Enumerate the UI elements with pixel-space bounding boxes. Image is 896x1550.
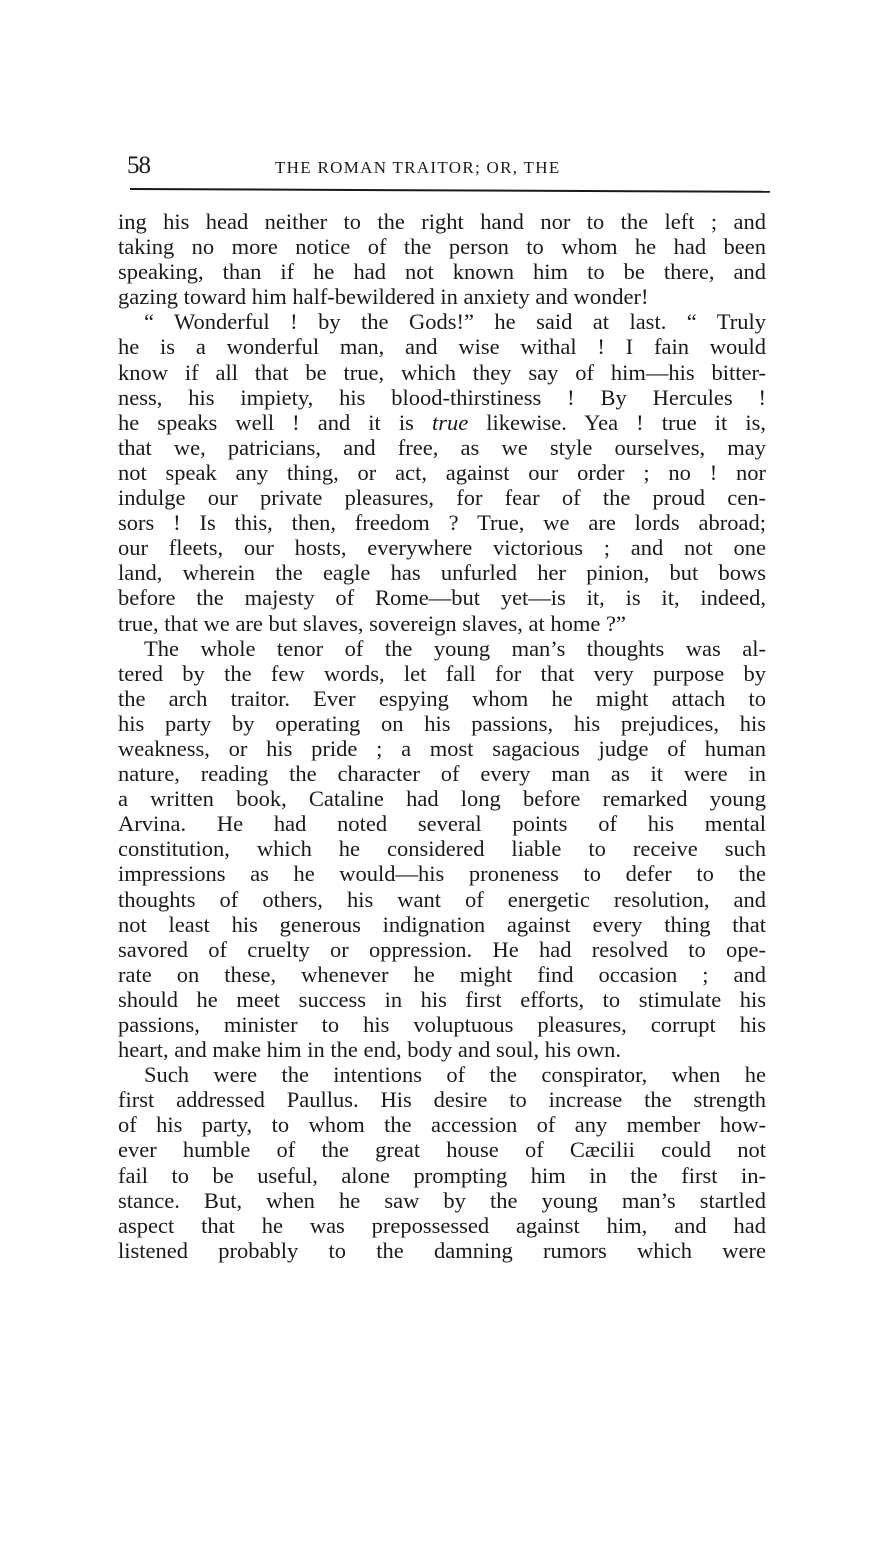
italic-word: true (432, 410, 468, 435)
text-line: Such were the intentions of the conspira… (118, 1062, 766, 1087)
text-line: gazing toward him half-bewildered in anx… (118, 284, 766, 309)
text-line: thoughts of others, his want of energeti… (118, 887, 766, 912)
text-line: ness, his impiety, his blood-thirstiness… (118, 385, 766, 410)
text-line: of his party, to whom the accession of a… (118, 1112, 766, 1137)
text-line: ing his head neither to the right hand n… (118, 209, 766, 234)
text-line: should he meet success in his first effo… (118, 987, 766, 1012)
text-line: weakness, or his pride ; a most sagaciou… (118, 736, 766, 761)
text-line: tered by the few words, let fall for tha… (118, 661, 766, 686)
page-number: 58 (127, 152, 150, 180)
text-line: savored of cruelty or oppression. He had… (118, 937, 766, 962)
text-line: our fleets, our hosts, everywhere victor… (118, 535, 766, 560)
text-line: The whole tenor of the young man’s thoug… (118, 636, 766, 661)
text-line: passions, minister to his voluptuous ple… (118, 1012, 766, 1037)
body-text: ing his head neither to the right hand n… (118, 209, 766, 1263)
text-line: Arvina. He had noted several points of h… (118, 811, 766, 836)
text-line: not least his generous indignation again… (118, 912, 766, 937)
running-head: 58 THE ROMAN TRAITOR; OR, THE (127, 152, 767, 180)
text-line: his party by operating on his passions, … (118, 711, 766, 736)
text-line: land, wherein the eagle has unfurled her… (118, 560, 766, 585)
text-line: ever humble of the great house of Cæcili… (118, 1137, 766, 1162)
paragraph-3: The whole tenor of the young man’s thoug… (118, 636, 766, 1063)
line-suffix: likewise. Yea ! true it is, (468, 410, 766, 435)
paragraph-4: Such were the intentions of the conspira… (118, 1062, 766, 1263)
text-line: stance. But, when he saw by the young ma… (118, 1188, 766, 1213)
paragraph-1: ing his head neither to the right hand n… (118, 209, 766, 309)
text-line-with-italic: he speaks well ! and it is true likewise… (118, 410, 766, 435)
text-line: not speak any thing, or act, against our… (118, 460, 766, 485)
paragraph-2: “ Wonderful ! by the Gods!” he said at l… (118, 309, 766, 635)
text-line: speaking, than if he had not known him t… (118, 259, 766, 284)
text-line: before the majesty of Rome—but yet—is it… (118, 585, 766, 610)
text-line: listened probably to the damning rumors … (118, 1238, 766, 1263)
text-line: indulge our private pleasures, for fear … (118, 485, 766, 510)
text-line: impressions as he would—his proneness to… (118, 861, 766, 886)
line-prefix: he speaks well ! and it is (118, 410, 432, 435)
text-line: the arch traitor. Ever espying whom he m… (118, 686, 766, 711)
text-line: taking no more notice of the person to w… (118, 234, 766, 259)
text-line: know if all that be true, which they say… (118, 360, 766, 385)
text-line: “ Wonderful ! by the Gods!” he said at l… (118, 309, 766, 334)
text-line: heart, and make him in the end, body and… (118, 1037, 766, 1062)
running-title: THE ROMAN TRAITOR; OR, THE (275, 158, 561, 178)
book-page: 58 THE ROMAN TRAITOR; OR, THE ing his he… (0, 0, 896, 1550)
text-line: sors ! Is this, then, freedom ? True, we… (118, 510, 766, 535)
text-line: a written book, Cataline had long before… (118, 786, 766, 811)
text-line: that we, patricians, and free, as we sty… (118, 435, 766, 460)
text-line: fail to be useful, alone prompting him i… (118, 1163, 766, 1188)
text-line: aspect that he was prepossessed against … (118, 1213, 766, 1238)
text-line: he is a wonderful man, and wise withal !… (118, 334, 766, 359)
text-line: constitution, which he considered liable… (118, 836, 766, 861)
text-line: rate on these, whenever he might find oc… (118, 962, 766, 987)
text-line: true, that we are but slaves, sovereign … (118, 611, 766, 636)
header-rule (130, 188, 770, 193)
text-line: first addressed Paullus. His desire to i… (118, 1087, 766, 1112)
text-line: nature, reading the character of every m… (118, 761, 766, 786)
